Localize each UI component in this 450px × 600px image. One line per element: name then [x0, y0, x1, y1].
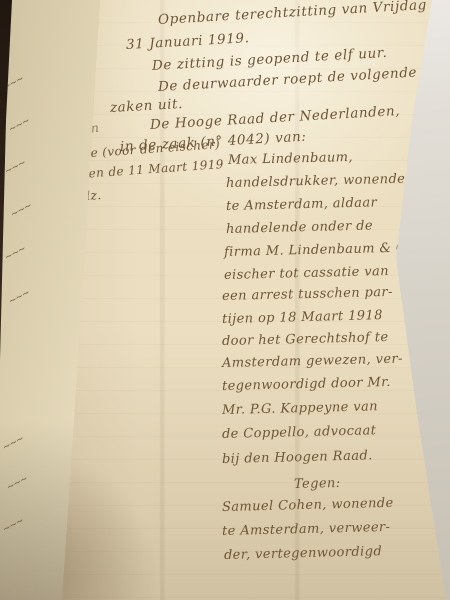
heading-line: 31 Januari 1919. [126, 30, 250, 53]
body-line: handelende onder de [226, 218, 373, 237]
illegible-writing-fragment: ~~~ [3, 243, 28, 263]
body-line: door het Gerechtshof te [222, 330, 389, 349]
body-line: eischer tot cassatie van [224, 264, 389, 283]
body-line: te Amsterdam, verweer- [222, 520, 391, 539]
body-line: Samuel Cohen, wonende [222, 496, 394, 515]
body-line: Max Lindenbaum, [228, 150, 353, 168]
body-line: tegenwoordigd door Mr. [222, 375, 391, 394]
illegible-writing-fragment: ~~~ [3, 157, 28, 177]
illegible-writing-fragment: ~~~ [9, 200, 34, 220]
body-line: een arrest tusschen par- [222, 285, 393, 304]
heading-line: zaken uit. [110, 96, 184, 116]
illegible-writing-fragment: ~~~ [1, 515, 26, 535]
body-line: tijen op 18 Maart 1918 [222, 308, 383, 327]
body-line: handelsdrukker, wonende [226, 172, 406, 191]
illegible-writing-fragment: ~~~ [7, 115, 32, 135]
illegible-writing-fragment: ~~~ [5, 473, 30, 493]
body-line: te Amsterdam, aldaar [226, 195, 378, 214]
book-photo: ~~~ ~~~ ~~~ ~~~ ~~~ ~~~ ~~~ ~~~ ~~~ Open… [0, 0, 450, 600]
body-line: firma M. Lindenbaum & C°., [224, 240, 423, 260]
heading-line: De Hooge Raad der Nederlanden, [150, 103, 401, 133]
body-line: Tegen: [294, 476, 341, 492]
body-line: bij den Hoogen Raad. [222, 448, 373, 467]
body-line: der, vertegenwoordigd [224, 544, 382, 563]
body-line: de Coppello, advocaat [222, 423, 377, 442]
illegible-writing-fragment: ~~~ [1, 433, 26, 453]
body-line: Mr. P.G. Kappeyne van [222, 399, 378, 418]
illegible-writing-fragment: ~~~ [7, 287, 32, 307]
heading-line: Openbare terechtzitting van Vrijdag [158, 0, 428, 28]
body-line: Amsterdam gewezen, ver- [222, 352, 403, 371]
